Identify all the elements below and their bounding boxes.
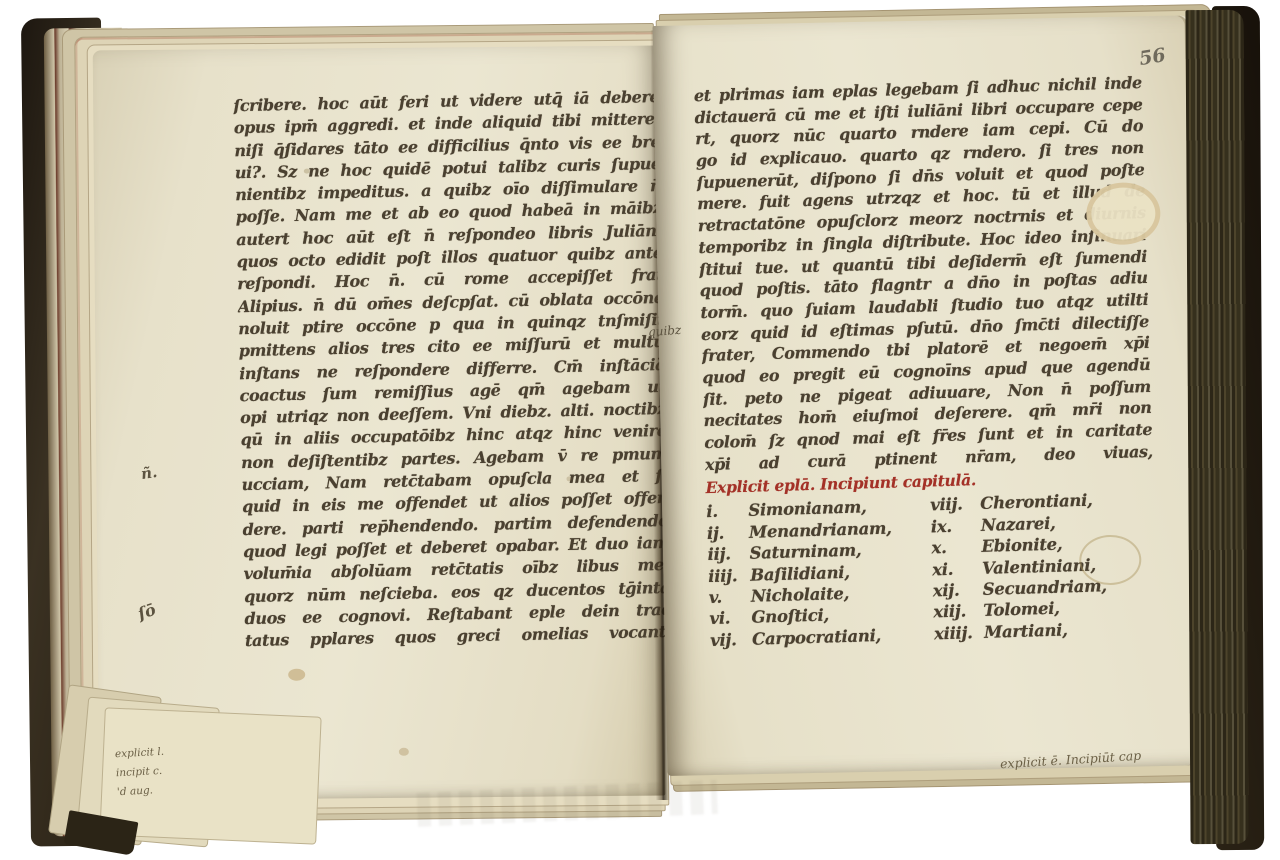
capitula-heresy-name: Cherontiani, — [980, 490, 1093, 515]
folio-number: 56 — [1138, 44, 1168, 70]
show-through-ghost-text — [417, 780, 718, 827]
capitula-heresy-name: Carpocratiani, — [752, 625, 881, 650]
capitula-numeral: vij. — [710, 629, 753, 652]
capitula-numeral: iij. — [707, 543, 750, 566]
capitula-heresy-name: Baſilidiani, — [750, 561, 850, 585]
parchment-fleck — [566, 476, 571, 481]
right-page: 56 et plrimas iam eplas legebam ſi adhuc… — [652, 15, 1205, 776]
capitula-numeral: viij. — [930, 493, 981, 516]
manuscript-photo: ſcribere. hoc aūt feri ut videre utq̄ iā… — [0, 0, 1280, 860]
stub-note-line: 'd aug. — [117, 781, 167, 803]
gutter-margin-note: quibz — [648, 323, 682, 339]
bottom-left-stub-note: explicit l.incipit c.'d aug. — [115, 743, 167, 802]
capitula-numeral: xi. — [932, 558, 983, 581]
parchment-repair-ring — [1086, 182, 1161, 245]
capitula-numeral: ij. — [707, 522, 750, 545]
capitula-numeral: i. — [706, 500, 749, 523]
parchment-fleck — [304, 169, 310, 174]
right-fore-edge-page-block — [1185, 10, 1248, 844]
capitula-numeral: ix. — [931, 515, 982, 538]
stub-note-line: incipit c. — [116, 762, 166, 784]
capitula-heresy-name: Nicholaite, — [751, 583, 850, 607]
left-page: ſcribere. hoc aūt feri ut videre utq̄ iā… — [93, 46, 666, 801]
left-margin-note: ñ. — [140, 463, 158, 483]
capitula-heresy-name: Gnoſtici, — [751, 605, 829, 629]
capitula-heresy-name: Menandrianam, — [749, 517, 892, 543]
stub-note-line: explicit l. — [115, 743, 165, 765]
capitula-heresy-name: Tolomei, — [983, 598, 1060, 622]
capitula-numeral: iiij. — [708, 564, 751, 587]
right-page-lines: et plrimas iam eplas legebam ſi adhuc ni… — [694, 72, 1153, 475]
capitula-column-left: i. Simonianam, ij. Menandrianam, iij. Sa… — [706, 495, 934, 651]
capitula-heresy-name: Ebionite, — [981, 534, 1062, 558]
parchment-spot — [399, 748, 409, 756]
left-page-text-block: ſcribere. hoc aūt feri ut videre utq̄ iā… — [233, 86, 671, 653]
capitula-numeral: v. — [709, 586, 752, 609]
wax-spot — [288, 669, 305, 681]
capitula-numeral: xiij. — [933, 600, 984, 623]
capitula-numeral: xij. — [932, 579, 983, 602]
capitula-numeral: vi. — [709, 607, 752, 630]
capitula-heresy-name: Secuandriam, — [982, 575, 1107, 600]
capitula-numeral: xiiij. — [934, 622, 985, 645]
capitula-heresy-name: Martiani, — [984, 619, 1068, 643]
capitula-numeral: x. — [931, 536, 982, 559]
capitula-heresy-name: Nazarei, — [981, 513, 1056, 537]
